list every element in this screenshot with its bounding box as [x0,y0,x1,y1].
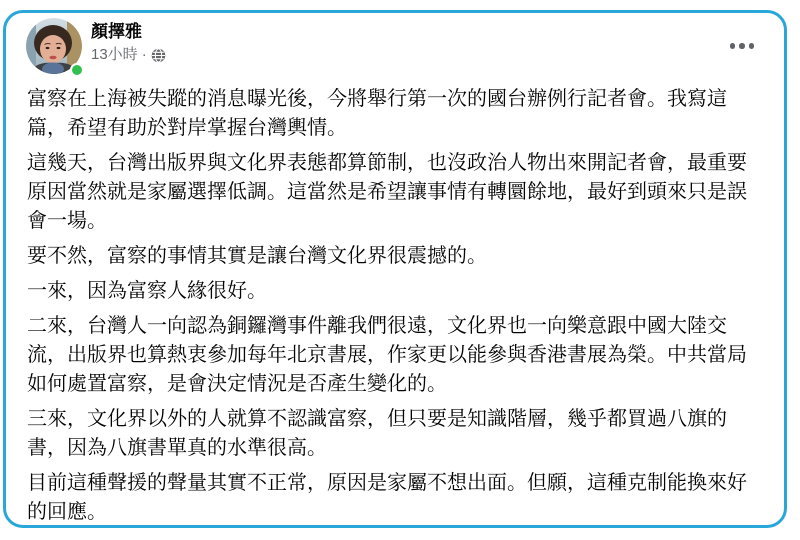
post-paragraph: 富察在上海被失蹤的消息曝光後，今將舉行第一次的國台辦例行記者會。我寫這篇，希望有… [27,85,766,143]
online-status-dot [70,63,84,77]
globe-icon [151,48,166,63]
post-paragraph: 要不然，富察的事情其實是讓台灣文化界很震撼的。 [27,242,766,271]
post-paragraph: 三來，文化界以外的人就算不認識富察，但只要是知識階層，幾乎都買過八旗的書，因為八… [27,405,766,463]
post-body: 富察在上海被失蹤的消息曝光後，今將舉行第一次的國台辦例行記者會。我寫這篇，希望有… [6,74,784,527]
post-paragraph: 二來，台灣人一向認為銅鑼灣事件離我們很遠，文化界也一向樂意跟中國大陸交流，出版界… [27,312,766,399]
author-name[interactable]: 顏擇雅 [91,20,166,43]
post-card: 顏擇雅 13小時 · [3,10,787,528]
post-paragraph: 目前這種聲援的聲量其實不正常，原因是家屬不想出面。但願，這種克制能換來好的回應。 [27,469,766,527]
post-paragraph: 這幾天，台灣出版界與文化界表態都算節制，也沒政治人物出來開記者會，最重要原因當然… [27,149,766,236]
meta-separator: · [142,45,147,65]
ellipsis-icon [730,43,755,49]
avatar[interactable] [26,18,82,74]
post-meta: 13小時 · [91,45,166,65]
post-paragraph: 一來，因為富察人緣很好。 [27,277,766,306]
timestamp[interactable]: 13小時 [91,45,138,65]
header-text: 顏擇雅 13小時 · [91,18,166,65]
page: 顏擇雅 13小時 · [0,0,800,540]
more-options-button[interactable] [726,37,759,55]
post-header: 顏擇雅 13小時 · [6,13,784,74]
